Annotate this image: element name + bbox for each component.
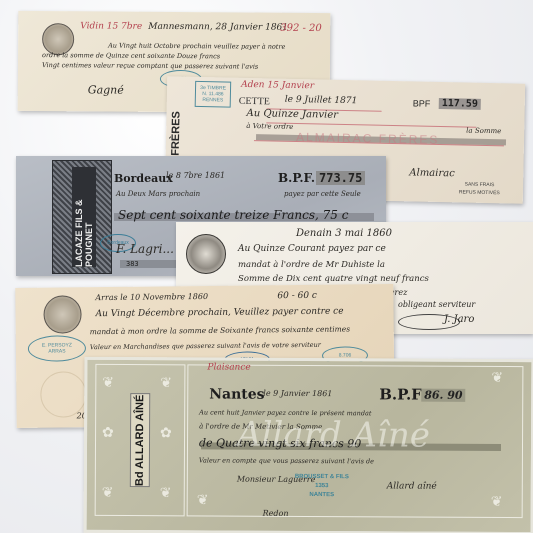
place-date: Arras le 10 Novembre 1860 bbox=[95, 292, 208, 302]
body-line: payez par cette Seule bbox=[284, 190, 361, 198]
order-line: à Votre ordre bbox=[246, 122, 293, 131]
bill-nantes: Bd ALLARD AÎNÉ ❦ ❦ ✿ ✿ ❦ ❦ ❦ ❦ ❦ Plaisan… bbox=[84, 357, 533, 533]
bpf-label: B.P.F. bbox=[278, 171, 315, 185]
body-line: mandat à l'ordre de Mr Duhiste la bbox=[238, 260, 385, 270]
body-line: Valeur en compte que vous passerez suiva… bbox=[199, 456, 374, 465]
watermark: Allard Aîné bbox=[237, 415, 430, 456]
sum-label: la Somme bbox=[466, 127, 501, 136]
place-date: Denain 3 mai 1860 bbox=[296, 228, 392, 239]
body-line: Au Vingt huit Octobre prochain veuillez … bbox=[108, 42, 285, 51]
fiscal-stamp: 3e TIMBREN. 11.486RENNES bbox=[195, 81, 232, 108]
body-line: mandat à mon ordre la somme de Soixante … bbox=[90, 324, 350, 336]
date: le 9 Juillet 1871 bbox=[285, 95, 358, 107]
body-line: Valeur en Marchandises que passerez suiv… bbox=[90, 341, 321, 351]
body-line: ordre la somme de Quinze cent soixante D… bbox=[42, 51, 220, 60]
amount-box: 773.75 bbox=[316, 171, 365, 185]
signature: Almairac bbox=[409, 167, 455, 179]
bpf-label: B.P.F. bbox=[379, 385, 425, 403]
drawee: F. Lagri... bbox=[116, 242, 174, 256]
body-line: obligeant serviteur bbox=[398, 300, 475, 309]
seal-icon bbox=[43, 295, 81, 333]
amount-box: 117.59 bbox=[439, 98, 481, 110]
body-line: Vingt centimes valeur reçue comptant que… bbox=[42, 61, 258, 71]
header-note: Aden 15 Janvier bbox=[241, 80, 314, 92]
amount-words: Sept cent soixante treize Francs, 75 c bbox=[118, 208, 348, 222]
place: Nantes bbox=[209, 386, 264, 402]
header-note: Vidin 15 7bre bbox=[80, 21, 142, 31]
date: le 8 7bre 1861 bbox=[166, 171, 225, 180]
firm-panel: LACAZE FILS & POUGNET bbox=[52, 160, 112, 274]
place: Bordeaux bbox=[114, 172, 173, 185]
footer: SANS FRAISREFUS MOTIVÉS bbox=[459, 181, 500, 197]
signature: Gagné bbox=[88, 83, 124, 96]
body-line: Somme de Dix cent quatre vingt neuf fran… bbox=[238, 274, 429, 284]
postal-stamp: E. PERSOYZARRAS bbox=[28, 335, 86, 362]
body-line: Au Vingt Décembre prochain, Veuillez pay… bbox=[96, 307, 344, 320]
date: le 9 Janvier 1861 bbox=[263, 389, 332, 398]
firm-panel: Bd ALLARD AÎNÉ ❦ ❦ ✿ ✿ ❦ ❦ bbox=[95, 364, 186, 516]
place-date: Mannesmann, 28 Janvier 1861 bbox=[148, 22, 288, 33]
body-line: Au Deux Mars prochain bbox=[116, 190, 200, 198]
body-line: Au Quinze Courant payez par ce bbox=[238, 244, 386, 254]
amount: 60 - 60 c bbox=[277, 291, 317, 301]
header-note: Plaisance bbox=[207, 362, 250, 372]
seal-icon bbox=[186, 234, 226, 274]
firm-stamp: BROUSSET & FILS1353NANTES bbox=[295, 473, 349, 500]
bpf-label: BPF bbox=[413, 98, 431, 108]
payee-line: Au Quinze Janvier bbox=[246, 108, 338, 121]
signature: J. Jaro bbox=[444, 314, 474, 325]
amount-box: 86. 90 bbox=[421, 389, 465, 402]
signature: Allard aîné bbox=[387, 481, 437, 491]
amount: 392 - 20 bbox=[280, 23, 322, 34]
place: CETTE bbox=[239, 96, 270, 108]
location: Redon bbox=[263, 509, 289, 518]
